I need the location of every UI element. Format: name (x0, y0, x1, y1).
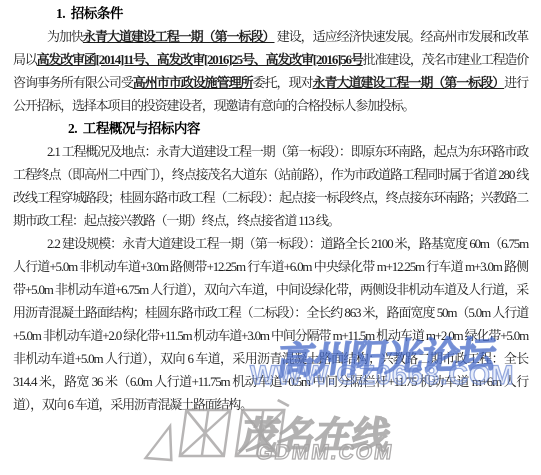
text-run: 委托，现对 (253, 75, 313, 90)
text-run: 永青大道建设工程一期（第一标段） (83, 29, 275, 44)
tender-announcement-document: { "doc": { "heading1": "1. 招标条件", "headi… (0, 0, 541, 475)
document-page: 1. 招标条件 为加快永青大道建设工程一期（第一标段） 建设，适应经济快速发展。… (0, 0, 541, 475)
section-heading-project-overview: 2. 工程概况与招标内容 (68, 117, 528, 140)
text-run: 永青大道建设工程一期（第一标段） (313, 75, 505, 90)
text-run: 2.2 建设规模：永青大道建设工程一期（第一标段）：道路全长 2100 米，路基… (13, 236, 528, 412)
text-run: 为加快 (47, 29, 83, 44)
text-run: 高州市市政设施管理所 (133, 75, 253, 90)
text-run: 2.1 工程概况及地点：永青大道建设工程一期（第一标段）：即原东环南路，起点为东… (13, 144, 528, 228)
paragraph-bidding-conditions: 为加快永青大道建设工程一期（第一标段） 建设，适应经济快速发展。经高州市发展和改… (13, 25, 528, 117)
section-heading-bidding-conditions: 1. 招标条件 (56, 2, 528, 25)
paragraph-construction-scale: 2.2 建设规模：永青大道建设工程一期（第一标段）：道路全长 2100 米，路基… (13, 232, 528, 416)
text-run: 高发改审函[2014]11号、高发改审[2016]25号、高发改审[2016]5… (37, 52, 363, 67)
paragraph-project-location: 2.1 工程概况及地点：永青大道建设工程一期（第一标段）：即原东环南路，起点为东… (13, 140, 528, 232)
